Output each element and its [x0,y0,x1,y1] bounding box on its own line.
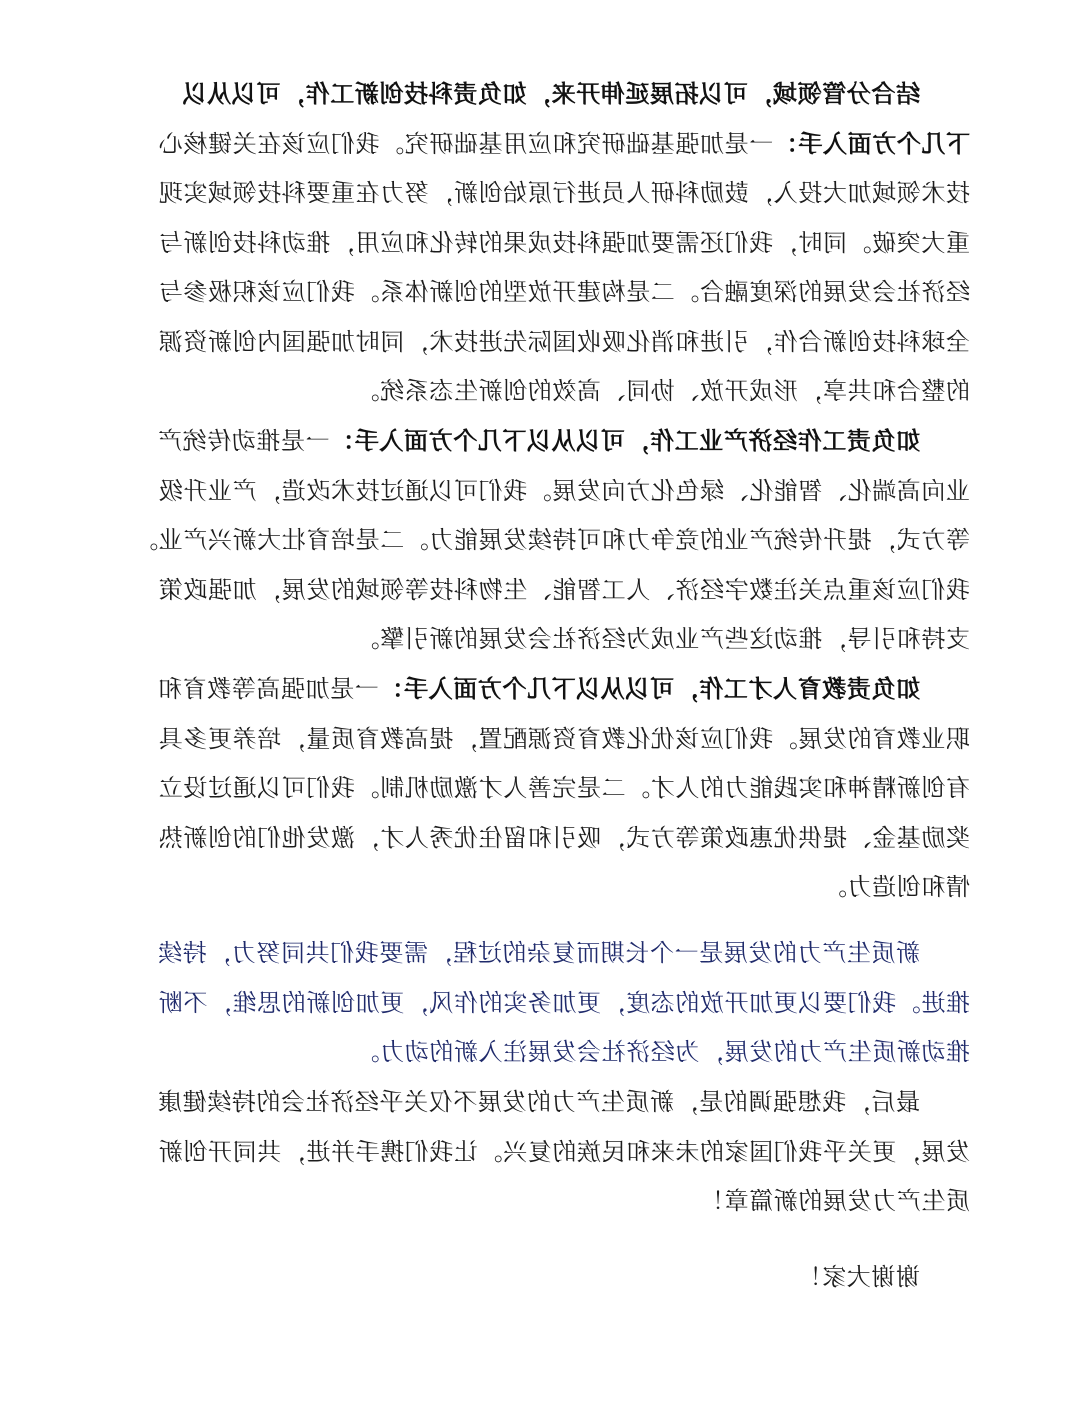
line-text: 一是加强高等教育和 [157,675,378,703]
text-line: 重大突破。同时，我们还需要加强科技成果的转化和应用，推动科技创新与 [80,219,970,269]
text-line: 技术领域加大投入，鼓励科研人员进行原始创新，努力在重要科技领域实现 [80,169,970,219]
line-text: 一是推动传统产 [157,427,329,455]
text-line: 发展，更关乎我们国家的未来和民族的复兴。让我们携手并进，共同开创新 [80,1128,970,1178]
closing-line: 谢谢大家！ [80,1253,970,1303]
mirrored-document-page: 结合分管领域，可以拓展延伸开来，如负责科技创新工作，可以从以 下几个方面入手：一… [0,0,1080,1410]
text-line: 结合分管领域，可以拓展延伸开来，如负责科技创新工作，可以从以 [80,70,970,120]
text-line: 情和创造力。 [80,863,970,913]
text-line: 推进。我们要以更加开放的态度，更加务实的作风，更加创新的思维，不断 [80,979,970,1029]
text-line: 推动新质生产力的发展，为经济社会发展注入新的动力。 [80,1028,970,1078]
paragraph-closing: 谢谢大家！ [80,1253,970,1303]
text-line: 全球科技创新合作，引进和消化吸收国际先进技术，同时加强国内创新资源 [80,318,970,368]
text-line: 奖励基金、提供优惠政策等方式，吸引和留住优秀人才，激发他们的创新热 [80,814,970,864]
text-line: 新质生产力的发展是一个长期而复杂的过程，需要我们共同努力，持续 [80,929,970,979]
text-line: 下几个方面入手：一是加强基础研究和应用基础研究。我们应该在关键核心 [80,120,970,170]
text-line: 我们应该重点关注数字经济、人工智能、生物科技等领域的发展，加强政策 [80,566,970,616]
text-line: 最后，我想强调的是，新质生产力的发展不仅关乎经济社会的持续健康 [80,1078,970,1128]
bold-lead: 如负责工作经济产业工作，可以从以下几个方面入手： [330,427,920,455]
line-text: 一是加强基础研究和应用基础研究。我们应该在关键核心 [158,130,773,158]
text-line: 业向高端化、智能化、绿色化方向发展。我们可以通过技术改造，产业升级 [80,467,970,517]
text-line: 职业教育的发展。我们应该优化教育资源配置，提高教育质量，培养更多具 [80,715,970,765]
paragraph-education-talent: 如负责教育人才工作，可以从以下几个方面入手：一是加强高等教育和 职业教育的发展。… [80,665,970,913]
paragraph-long-term: 新质生产力的发展是一个长期而复杂的过程，需要我们共同努力，持续 推进。我们要以更… [80,929,970,1078]
paragraph-economic-industry: 如负责工作经济产业工作，可以从以下几个方面入手：一是推动传统产 业向高端化、智能… [80,417,970,665]
text-line: 支持和引导，推动这些产业成为经济社会发展的新引擎。 [80,615,970,665]
bold-lead: 结合分管领域，可以拓展延伸开来，如负责科技创新工作，可以从以 [182,80,920,108]
text-line: 如负责教育人才工作，可以从以下几个方面入手：一是加强高等教育和 [80,665,970,715]
paragraph-conclusion: 最后，我想强调的是，新质生产力的发展不仅关乎经济社会的持续健康 发展，更关乎我们… [80,1078,970,1227]
text-line: 的整合和共享，形成开放、协同、高效的创新生态系统。 [80,367,970,417]
text-line: 有创新精神和实践能力的人才。二是完善人才激励机制。我们可以通过设立 [80,764,970,814]
paragraph-tech-innovation: 结合分管领域，可以拓展延伸开来，如负责科技创新工作，可以从以 下几个方面入手：一… [80,70,970,417]
bold-lead: 下几个方面入手： [773,130,970,158]
bold-lead: 如负责教育人才工作，可以从以下几个方面入手： [379,675,920,703]
text-line: 等方式，提升传统产业的竞争力和可持续发展能力。二是培育壮大新兴产业。 [80,516,970,566]
text-line: 经济社会发展的深度融合。二是构建开放型的创新体系。我们应该积极参与 [80,268,970,318]
text-line: 质生产力发展的新篇章！ [80,1177,970,1227]
text-line: 如负责工作经济产业工作，可以从以下几个方面入手：一是推动传统产 [80,417,970,467]
